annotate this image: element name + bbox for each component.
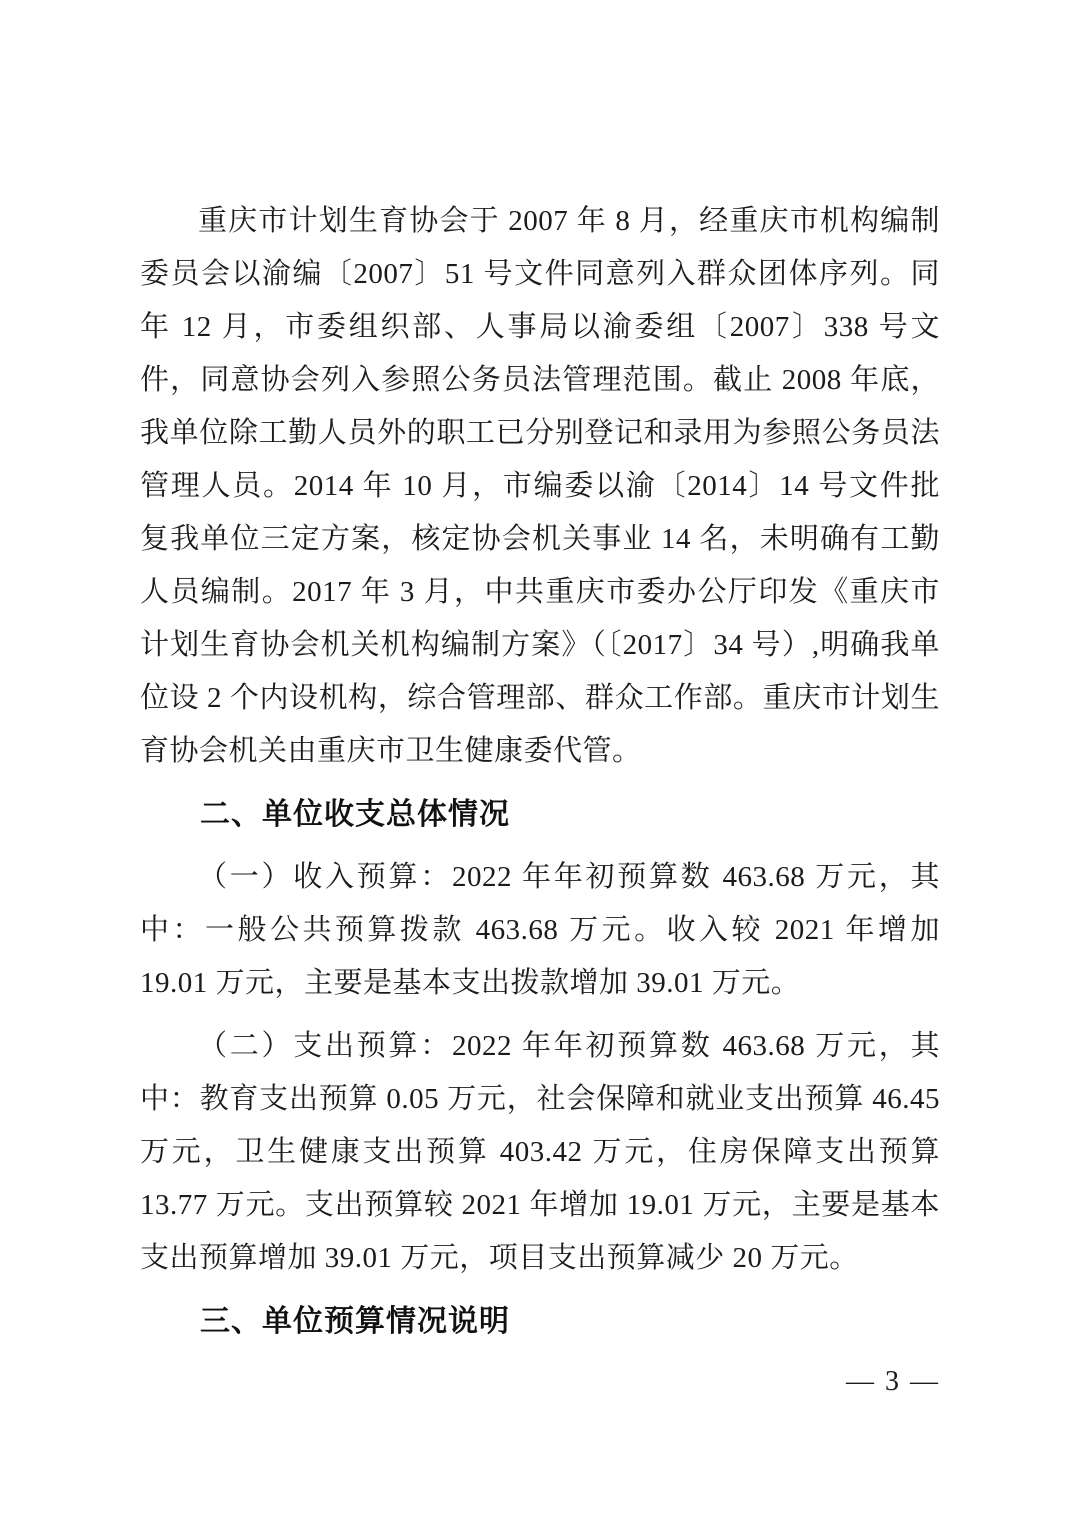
paragraph-income-budget: （一）收入预算：2022 年年初预算数 463.68 万元，其中：一般公共预算拨… [140, 851, 940, 1010]
document-body: 重庆市计划生育协会于 2007 年 8 月，经重庆市机构编制委员会以渝编〔200… [140, 195, 940, 1348]
document-page: 重庆市计划生育协会于 2007 年 8 月，经重庆市机构编制委员会以渝编〔200… [0, 0, 1074, 1520]
section-heading-income-expense-overview: 二、单位收支总体情况 [140, 788, 940, 841]
section-heading-budget-explanation: 三、单位预算情况说明 [140, 1295, 940, 1348]
paragraph-unit-history: 重庆市计划生育协会于 2007 年 8 月，经重庆市机构编制委员会以渝编〔200… [140, 195, 940, 778]
paragraph-expenditure-budget: （二）支出预算：2022 年年初预算数 463.68 万元，其中：教育支出预算 … [140, 1020, 940, 1285]
page-number: — 3 — [846, 1366, 940, 1398]
